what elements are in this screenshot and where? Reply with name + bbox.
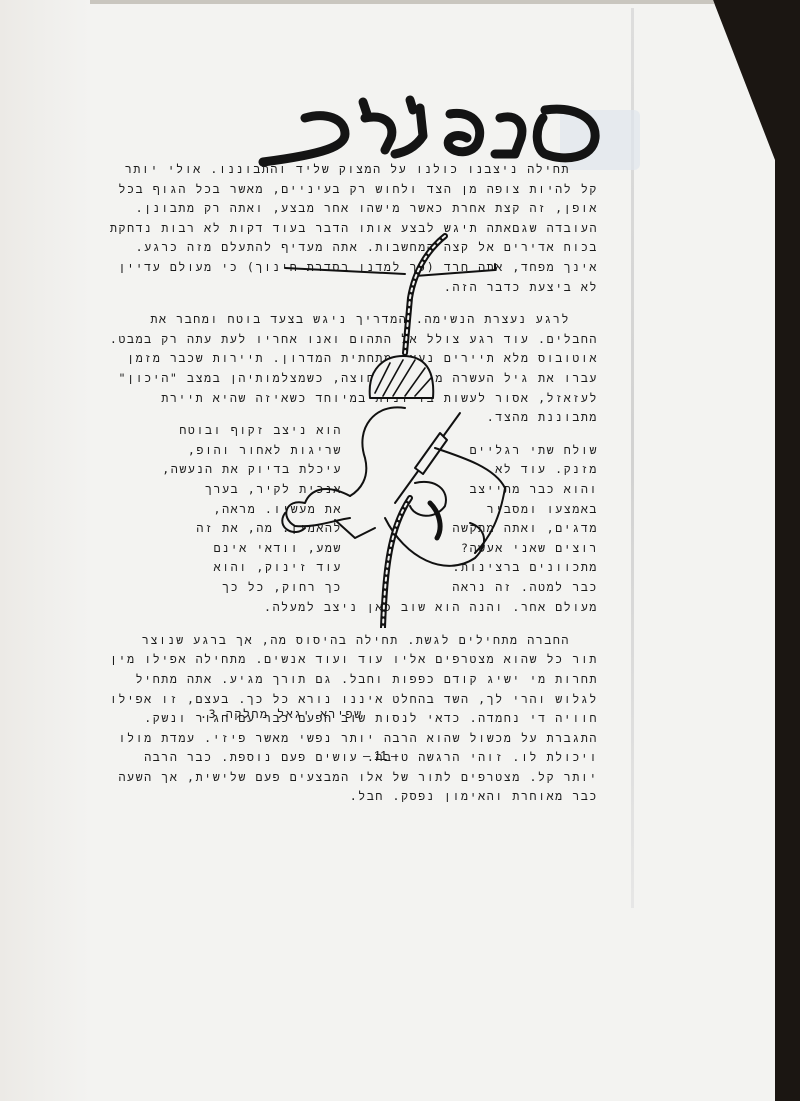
text-line: שולח שתי רגליים: [458, 441, 598, 461]
text-line: מתכוונים ברצינות.: [458, 558, 598, 578]
text-line: עברו את גיל העשרה מזנקות החוצה, כשמצלמות…: [178, 369, 598, 389]
text-line: מזנק. עוד לא: [458, 460, 598, 480]
text-line: להאמין. מה, את זה: [182, 519, 342, 539]
paper-page: סנפלינג תחילה ניצבנו כולנו על המצוק שליד…: [0, 0, 800, 1101]
author-signature: שפירא יגאל מחלקה 3.: [200, 707, 363, 722]
text-line: תור כל שהוא מצטרפים אליו עוד ועוד אנשים.…: [178, 650, 598, 670]
text-line: עיכלת בדיוק את הנעשה,: [182, 460, 342, 480]
paragraph-3-split: שולח שתי רגליים מזנק. עוד לא והוא כבר מת…: [178, 441, 598, 637]
text-line: והוא כבר מתייצב: [458, 480, 598, 500]
text-line: התגברת על מכשול שהוא הרבה יותר נפשי מאשר…: [178, 729, 598, 749]
page-number: – 11 –: [363, 748, 398, 763]
text-line: אופן, זה קצת אחרת כאשר מישהו אחר מבצע, ו…: [178, 199, 598, 219]
text-line: כך רחוק, כל כך: [182, 578, 342, 598]
text-line: בכוח אדירים אל קצה המחשבות. אתה מעדיף לה…: [178, 238, 598, 258]
text-line: העובדה שגםאתה תיגש לבצע אותו הדבר בעוד ד…: [178, 219, 598, 239]
text-line: לא ביצעת כדבר הזה.: [178, 278, 598, 298]
handwritten-title: סנפלינג: [245, 88, 605, 168]
text-line: קל להיות צופה מן הצד ולחוש רק בעיניים, מ…: [178, 180, 598, 200]
text-line: שמע, וודאי אינם: [182, 539, 342, 559]
paper-top-edge: [85, 0, 715, 4]
text-line: הוא ניצב זקוף ובוטח: [182, 421, 342, 441]
text-line: מעולם אחר. והנה הוא שוב כאן ניצב למעלה.: [264, 598, 598, 618]
text-line: באמצעו ומסביר: [458, 500, 598, 520]
text-line: את מעשיו. מראה,: [182, 500, 342, 520]
text-line: החבלים. עוד רגע צולל אל התהום ואנו אחריו…: [178, 330, 598, 350]
text-line: לעזאזל, אסור לעשות בזיונות במיוחד כשאיזה…: [178, 389, 598, 409]
text-line: תחרות מי ישיג קודם כפפות וחבל. גם תורך מ…: [178, 670, 598, 690]
text-line: אוטובוס מלא תיירים נעצר מתחתית המדרון. ת…: [178, 349, 598, 369]
text-line: לרגע נעצרת הנשימה. המדריך ניגש בצעד בוטח…: [178, 310, 598, 330]
text-line: אנכית לקיר, בערך: [182, 480, 342, 500]
text-line: מדגים, ואתה מתקשה: [458, 519, 598, 539]
text-line: יותר קל. מצטרפים לתור של אלו המבצעים פעם…: [178, 768, 598, 788]
text-line: כבר מאוחרת והאימון נפסק. חבל.: [178, 787, 598, 807]
text-line: תחילה ניצבנו כולנו על המצוק שליד והתבוננ…: [178, 160, 598, 180]
text-line: עוד זינוק, והוא: [182, 558, 342, 578]
left-margin: [0, 0, 90, 1101]
paragraph-1: תחילה ניצבנו כולנו על המצוק שליד והתבוננ…: [178, 160, 598, 297]
text-line: רוצים שאני אעשה?: [458, 539, 598, 559]
text-line: אינך מפחד, אתה חרד (כך למדנו בסדרת חינוך…: [178, 258, 598, 278]
text-line: כבר למטה. זה נראה: [458, 578, 598, 598]
paragraph-2: לרגע נעצרת הנשימה. המדריך ניגש בצעד בוטח…: [178, 310, 598, 428]
text-line: שריגות לאחור והופ,: [182, 441, 342, 461]
left-column-text: הוא ניצב זקוף ובוטח שריגות לאחור והופ, ע…: [182, 421, 342, 597]
right-column-text: שולח שתי רגליים מזנק. עוד לא והוא כבר מת…: [458, 441, 598, 598]
